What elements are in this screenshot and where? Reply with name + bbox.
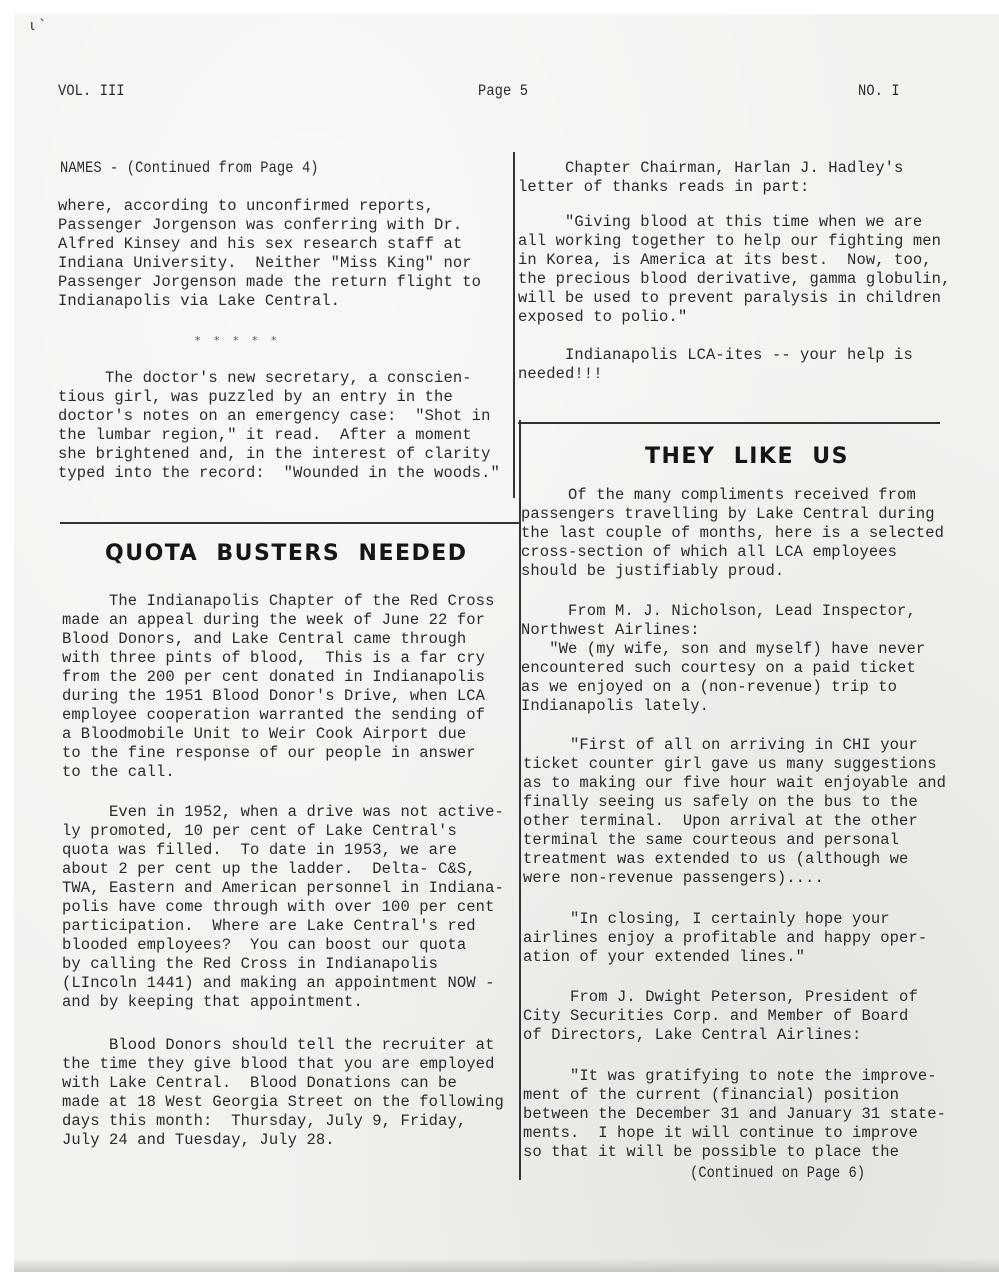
right-section-rule — [518, 422, 940, 424]
continued-on-page-6: (Continued on Page 6) — [690, 1164, 865, 1183]
they-like-us-headline: THEY LIKE US — [645, 444, 849, 469]
names-continued-heading: NAMES - (Continued from Page 4) — [60, 159, 319, 178]
stray-ink-mark: ι ˋ — [30, 18, 46, 34]
asterisk-separator: * * * * * — [195, 334, 282, 347]
column-divider-upper — [513, 152, 515, 498]
left-section-rule — [60, 522, 520, 524]
volume-label: VOL. III — [58, 82, 125, 101]
page-label: Page 5 — [478, 82, 528, 101]
quota-busters-headline: QUOTA BUSTERS NEEDED — [105, 541, 468, 566]
paper-edge-shadow — [14, 1258, 999, 1272]
issue-number: NO. I — [858, 82, 900, 101]
